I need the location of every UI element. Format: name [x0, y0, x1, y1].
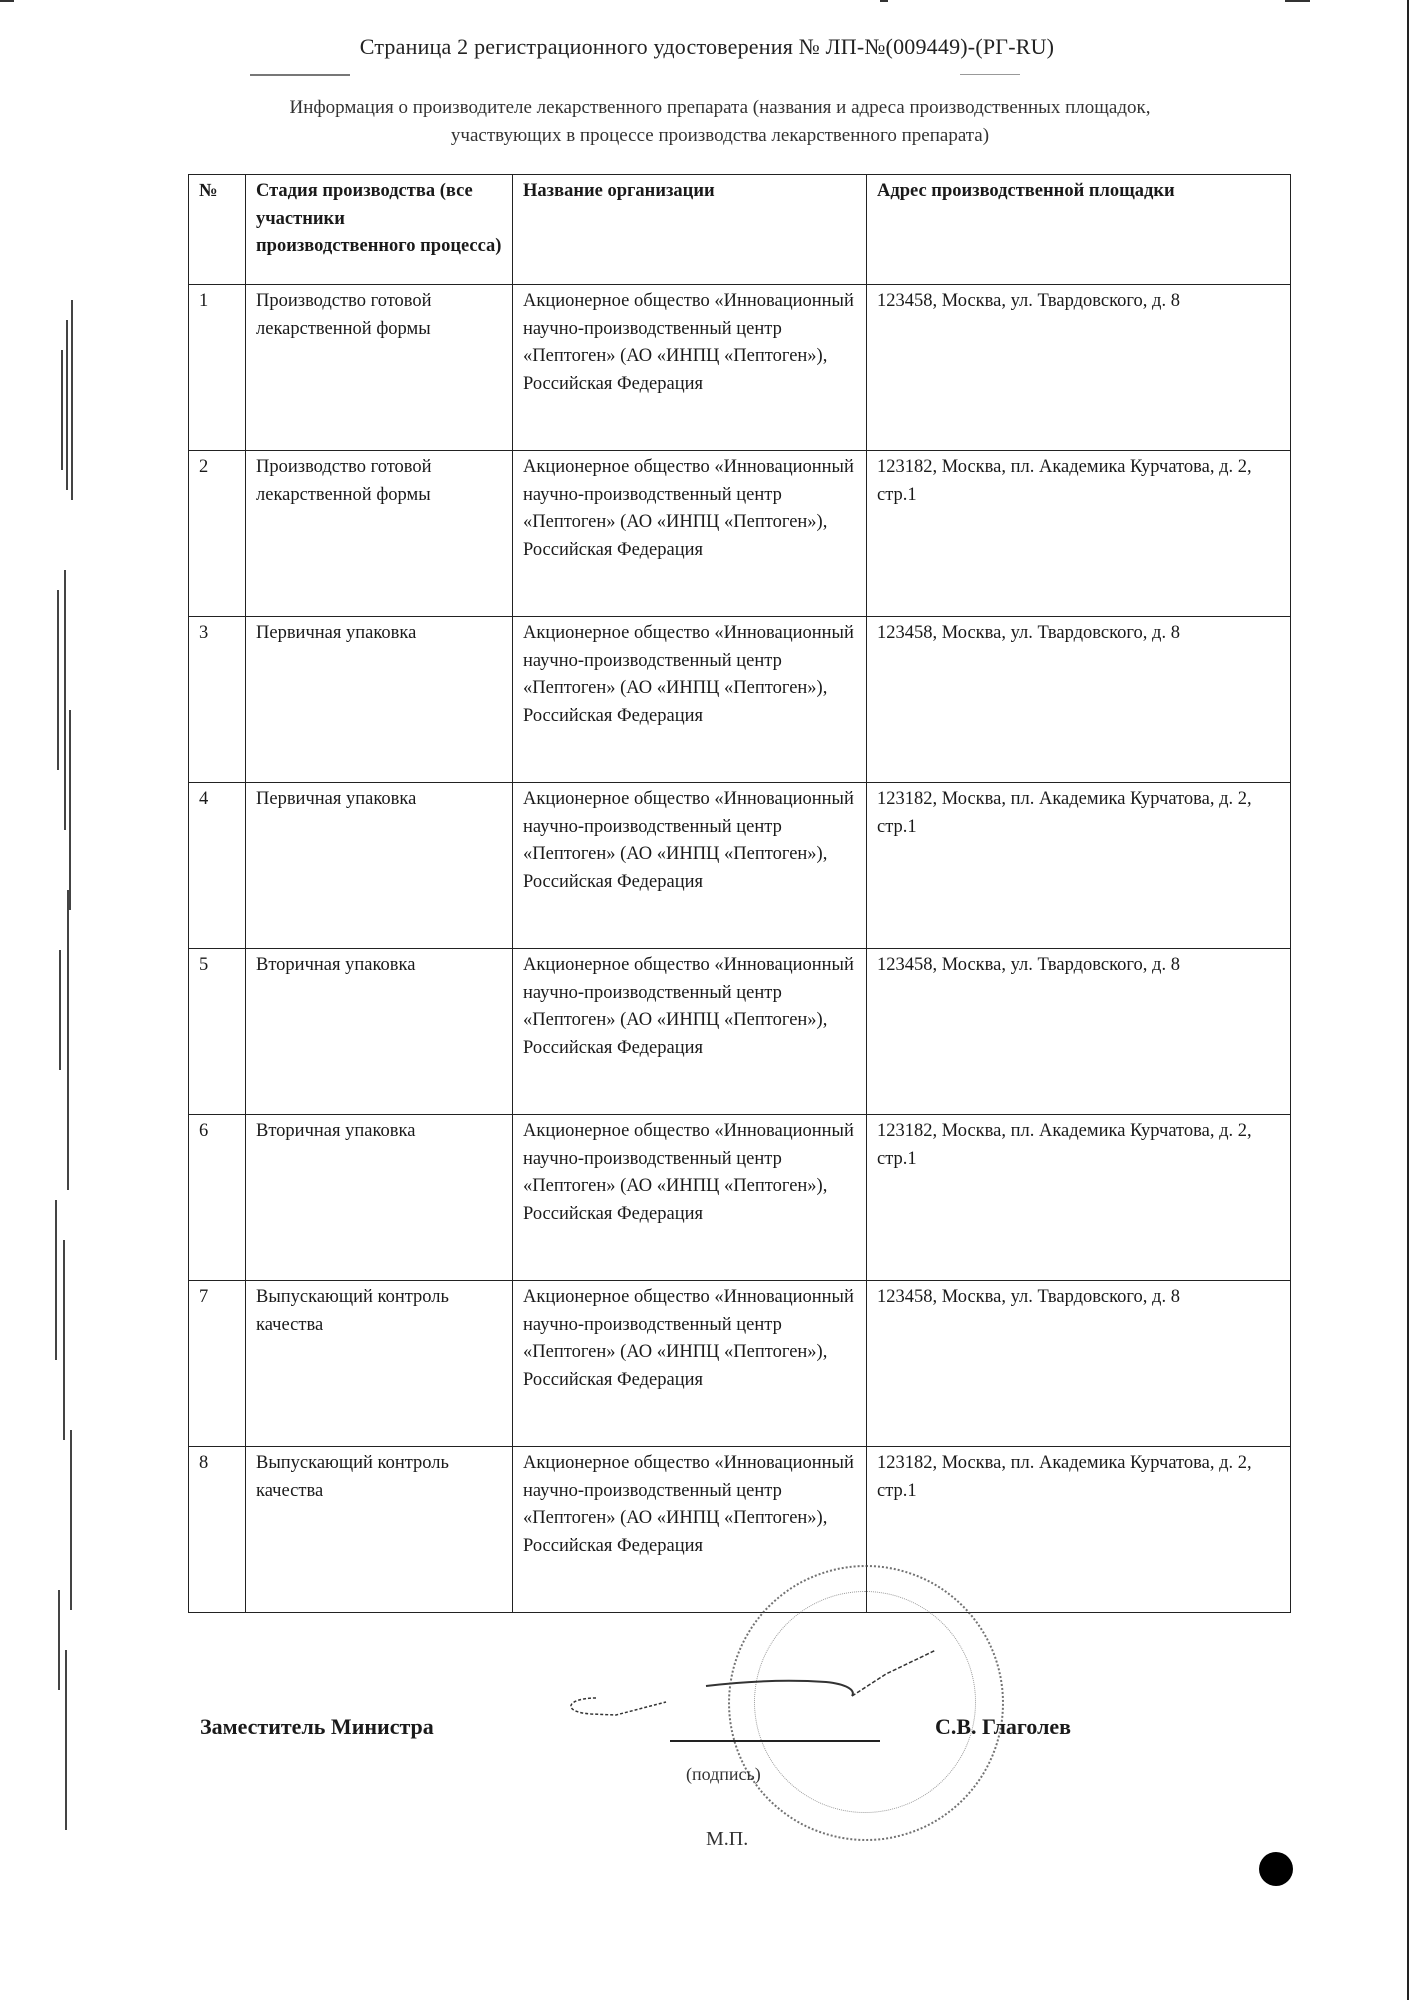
- row-number: 3: [189, 617, 246, 783]
- row-organization: Акционерное общество «Инновационный науч…: [513, 1115, 867, 1281]
- row-number: 1: [189, 285, 246, 451]
- row-organization: Акционерное общество «Инновационный науч…: [513, 285, 867, 451]
- table-row: 6 Вторичная упаковка Акционерное обществ…: [189, 1115, 1291, 1281]
- row-organization: Акционерное общество «Инновационный науч…: [513, 617, 867, 783]
- row-stage: Первичная упаковка: [246, 783, 513, 949]
- document-subtitle: Информация о производителе лекарственног…: [150, 94, 1290, 150]
- title-underline: [960, 74, 1020, 75]
- table-row: 7 Выпускающий контроль качества Акционер…: [189, 1281, 1291, 1447]
- row-number: 2: [189, 451, 246, 617]
- row-stage: Производство готовой лекарственной формы: [246, 285, 513, 451]
- scan-edge-mark: [1285, 0, 1310, 2]
- manufacturer-table: № Стадия производства (все участники про…: [188, 174, 1291, 1613]
- row-address: 123182, Москва, пл. Академика Курчатова,…: [867, 1115, 1291, 1281]
- signer-position: Заместитель Министра: [200, 1714, 434, 1740]
- row-stage: Выпускающий контроль качества: [246, 1447, 513, 1613]
- row-number: 7: [189, 1281, 246, 1447]
- row-address: 123182, Москва, пл. Академика Курчатова,…: [867, 451, 1291, 617]
- header-number: №: [189, 175, 246, 285]
- table-header-row: № Стадия производства (все участники про…: [189, 175, 1291, 285]
- row-organization: Акционерное общество «Инновационный науч…: [513, 451, 867, 617]
- table-row: 8 Выпускающий контроль качества Акционер…: [189, 1447, 1291, 1613]
- header-organization: Название организации: [513, 175, 867, 285]
- row-address: 123458, Москва, ул. Твардовского, д. 8: [867, 285, 1291, 451]
- row-organization: Акционерное общество «Инновационный науч…: [513, 783, 867, 949]
- scan-noise-left-margin: [55, 190, 85, 1810]
- subtitle-line-1: Информация о производителе лекарственног…: [150, 94, 1290, 122]
- header-address: Адрес производственной площадки: [867, 175, 1291, 285]
- row-number: 6: [189, 1115, 246, 1281]
- title-underline: [250, 74, 350, 76]
- scan-edge-mark: [0, 0, 14, 2]
- table-row: 4 Первичная упаковка Акционерное обществ…: [189, 783, 1291, 949]
- header-stage: Стадия производства (все участники произ…: [246, 175, 513, 285]
- row-number: 4: [189, 783, 246, 949]
- signature-block: Заместитель Министра С.В. Глаголев: [0, 1714, 1414, 1754]
- row-address: 123182, Москва, пл. Академика Курчатова,…: [867, 783, 1291, 949]
- row-number: 5: [189, 949, 246, 1115]
- subtitle-line-2: участвующих в процессе производства лека…: [150, 122, 1290, 150]
- scan-edge-mark: [880, 0, 888, 2]
- table-row: 2 Производство готовой лекарственной фор…: [189, 451, 1291, 617]
- stamp-place-mark: М.П.: [706, 1828, 748, 1851]
- row-stage: Производство готовой лекарственной формы: [246, 451, 513, 617]
- row-stage: Вторичная упаковка: [246, 949, 513, 1115]
- table-row: 3 Первичная упаковка Акционерное обществ…: [189, 617, 1291, 783]
- signature-caption: (подпись): [686, 1764, 761, 1785]
- signer-name: С.В. Глаголев: [935, 1714, 1071, 1740]
- table-row: 1 Производство готовой лекарственной фор…: [189, 285, 1291, 451]
- table-row: 5 Вторичная упаковка Акционерное обществ…: [189, 949, 1291, 1115]
- scan-right-edge: [1407, 0, 1409, 2000]
- row-stage: Первичная упаковка: [246, 617, 513, 783]
- signature-line: [670, 1740, 880, 1742]
- row-stage: Вторичная упаковка: [246, 1115, 513, 1281]
- scan-dot-mark-icon: [1259, 1852, 1293, 1886]
- row-address: 123458, Москва, ул. Твардовского, д. 8: [867, 617, 1291, 783]
- row-organization: Акционерное общество «Инновационный науч…: [513, 949, 867, 1115]
- row-stage: Выпускающий контроль качества: [246, 1281, 513, 1447]
- row-address: 123458, Москва, ул. Твардовского, д. 8: [867, 949, 1291, 1115]
- row-address: 123458, Москва, ул. Твардовского, д. 8: [867, 1281, 1291, 1447]
- row-organization: Акционерное общество «Инновационный науч…: [513, 1281, 867, 1447]
- page-title: Страница 2 регистрационного удостоверени…: [0, 34, 1414, 60]
- row-number: 8: [189, 1447, 246, 1613]
